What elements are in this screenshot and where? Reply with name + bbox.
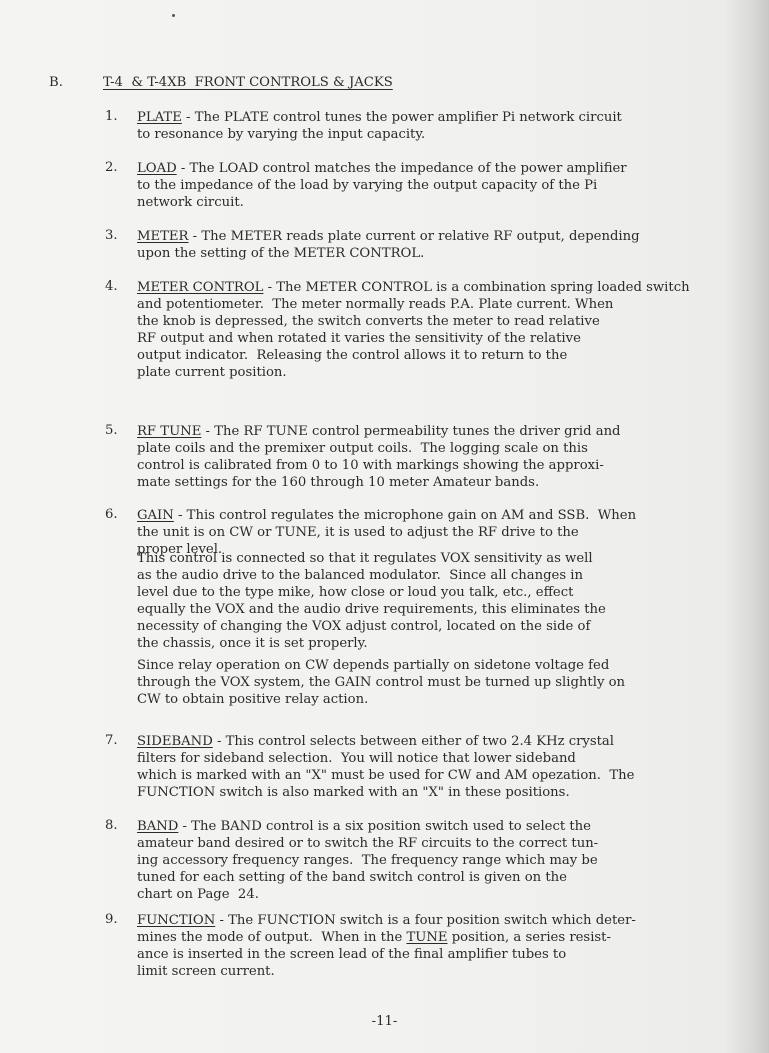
item-number: 8. (105, 818, 118, 833)
control-term: SIDEBAND (137, 734, 213, 749)
text-line: plate current position. (137, 364, 690, 381)
item-number: 4. (105, 279, 118, 294)
text-line: necessity of changing the VOX adjust con… (137, 618, 606, 635)
control-term: FUNCTION (137, 913, 215, 928)
item-body: LOAD - The LOAD control matches the impe… (137, 160, 627, 211)
section-title: T-4 & T-4XB FRONT CONTROLS & JACKS (103, 75, 393, 90)
section-label: B. (49, 75, 63, 90)
text-line: filters for sideband selection. You will… (137, 750, 634, 767)
text-line: plate coils and the premixer output coil… (137, 440, 621, 457)
text-line: level due to the type mike, how close or… (137, 584, 606, 601)
text-line: FUNCTION - The FUNCTION switch is a four… (137, 912, 636, 929)
text-line: mines the mode of output. When in the TU… (137, 929, 636, 946)
text-line: to resonance by varying the input capaci… (137, 126, 622, 143)
text-line: RF output and when rotated it varies the… (137, 330, 690, 347)
text-line: control is calibrated from 0 to 10 with … (137, 457, 621, 474)
control-term: GAIN (137, 508, 174, 523)
item-number: 6. (105, 507, 118, 522)
text-line: chart on Page 24. (137, 886, 598, 903)
text-line: as the audio drive to the balanced modul… (137, 567, 606, 584)
text-line: CW to obtain positive relay action. (137, 691, 625, 708)
text-line: Since relay operation on CW depends part… (137, 657, 625, 674)
item-number: 3. (105, 228, 118, 243)
text-line: upon the setting of the METER CONTROL. (137, 245, 640, 262)
control-term: METER (137, 229, 188, 244)
text-line: mate settings for the 160 through 10 met… (137, 474, 621, 491)
item-paragraph: This control is connected so that it reg… (137, 550, 606, 652)
item-body: FUNCTION - The FUNCTION switch is a four… (137, 912, 636, 980)
control-term: BAND (137, 819, 178, 834)
item-number: 5. (105, 423, 118, 438)
item-number: 9. (105, 912, 118, 927)
text-line: RF TUNE - The RF TUNE control permeabili… (137, 423, 621, 440)
item-number: 1. (105, 109, 118, 124)
inline-term: TUNE (406, 930, 447, 945)
control-term: LOAD (137, 161, 177, 176)
scan-speck (172, 14, 175, 17)
text-line: METER CONTROL - The METER CONTROL is a c… (137, 279, 690, 296)
text-line: amateur band desired or to switch the RF… (137, 835, 598, 852)
text-line: ance is inserted in the screen lead of t… (137, 946, 636, 963)
text-line: SIDEBAND - This control selects between … (137, 733, 634, 750)
text-line: limit screen current. (137, 963, 636, 980)
text-line: LOAD - The LOAD control matches the impe… (137, 160, 627, 177)
item-paragraph: Since relay operation on CW depends part… (137, 657, 625, 708)
text-line: network circuit. (137, 194, 627, 211)
item-body: METER - The METER reads plate current or… (137, 228, 640, 262)
text-line: BAND - The BAND control is a six positio… (137, 818, 598, 835)
text-line: PLATE - The PLATE control tunes the powe… (137, 109, 622, 126)
control-term: RF TUNE (137, 424, 201, 439)
item-body: PLATE - The PLATE control tunes the powe… (137, 109, 622, 143)
text-line: which is marked with an "X" must be used… (137, 767, 634, 784)
item-body: RF TUNE - The RF TUNE control permeabili… (137, 423, 621, 491)
text-line: and potentiometer. The meter normally re… (137, 296, 690, 313)
text-line: equally the VOX and the audio drive requ… (137, 601, 606, 618)
control-term: PLATE (137, 110, 182, 125)
item-body: METER CONTROL - The METER CONTROL is a c… (137, 279, 690, 381)
text-line: the unit is on CW or TUNE, it is used to… (137, 524, 636, 541)
text-line: the chassis, once it is set properly. (137, 635, 606, 652)
text-line: This control is connected so that it reg… (137, 550, 606, 567)
text-line: METER - The METER reads plate current or… (137, 228, 640, 245)
text-line: output indicator. Releasing the control … (137, 347, 690, 364)
item-body: BAND - The BAND control is a six positio… (137, 818, 598, 903)
control-term: METER CONTROL (137, 280, 263, 295)
text-line: through the VOX system, the GAIN control… (137, 674, 625, 691)
text-line: tuned for each setting of the band switc… (137, 869, 598, 886)
text-line: the knob is depressed, the switch conver… (137, 313, 690, 330)
item-number: 2. (105, 160, 118, 175)
document-page: B. T-4 & T-4XB FRONT CONTROLS & JACKS 1.… (0, 0, 769, 1053)
text-line: ing accessory frequency ranges. The freq… (137, 852, 598, 869)
text-line: to the impedance of the load by varying … (137, 177, 627, 194)
page-number: -11- (0, 1014, 769, 1029)
item-number: 7. (105, 733, 118, 748)
text-line: GAIN - This control regulates the microp… (137, 507, 636, 524)
text-line: FUNCTION switch is also marked with an "… (137, 784, 634, 801)
item-body: SIDEBAND - This control selects between … (137, 733, 634, 801)
